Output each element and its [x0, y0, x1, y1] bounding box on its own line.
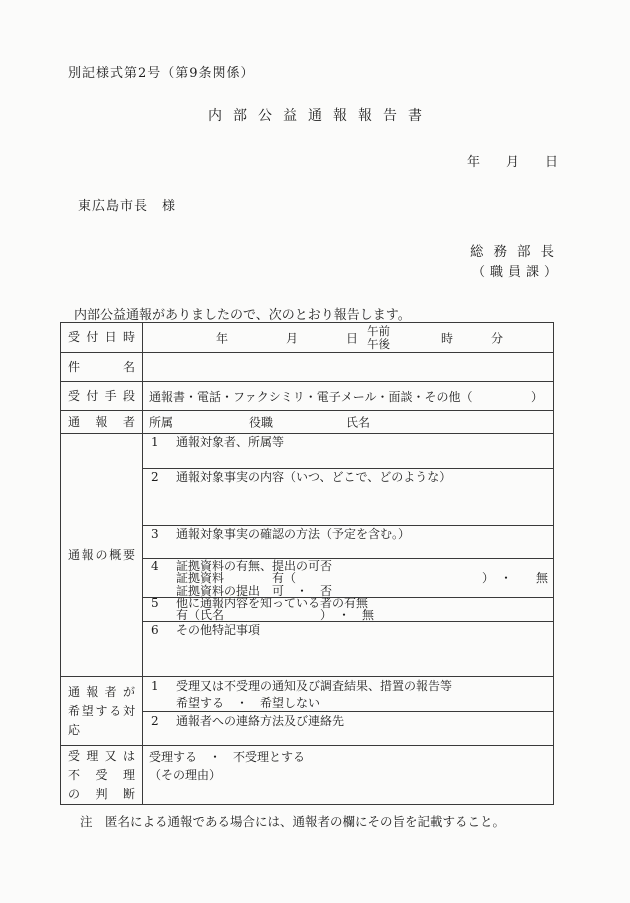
addressee: 東広島市長 様 — [78, 195, 176, 214]
requested-item-1: 1 受理又は不受理の通知及び調査結果、措置の報告等 希望する ・ 希望しない — [143, 677, 553, 712]
requested-items: 1 受理又は不受理の通知及び調査結果、措置の報告等 希望する ・ 希望しない 2… — [143, 677, 553, 745]
pm-label: 午後 — [367, 338, 390, 351]
year-label: 年 — [216, 329, 228, 346]
intro-sentence: 内部公益通報がありましたので、次のとおり報告します。 — [74, 304, 411, 323]
item-number: 5 — [143, 598, 176, 610]
month-label: 月 — [286, 329, 298, 346]
day-label: 日 — [346, 329, 358, 346]
sender-department: （職員課） — [472, 261, 562, 280]
decision-options-line: 受理する ・ 不受理とする — [149, 749, 547, 767]
method-label: 受付手段 — [68, 387, 135, 406]
requested-label: 通報者が 希望する対応 — [68, 683, 135, 740]
item-title: その他特記事項 — [176, 624, 260, 638]
summary-item-1: 1 通報対象者、所属等 — [143, 434, 553, 469]
decision-reason-line: （その理由） — [149, 767, 547, 785]
method-close-paren: ） — [531, 388, 543, 405]
minute-label: 分 — [491, 329, 503, 346]
item-number: 6 — [143, 624, 176, 638]
footer-note: 注 匿名による通報である場合には、通報者の欄にその旨を記載すること。 — [80, 812, 505, 830]
evidence-no: ） ・ 無 — [482, 572, 548, 585]
summary-label: 通報の概要 — [68, 546, 135, 565]
item-number: 2 — [143, 471, 176, 485]
item-title: 通報者への連絡方法及び連絡先 — [176, 713, 344, 730]
report-table: 受付日時 年 月 日 午前 午後 時 分 件名 受 — [60, 322, 554, 805]
reception-label: 受付日時 — [68, 328, 135, 347]
reception-label-cell: 受付日時 — [61, 323, 143, 352]
summary-item-2: 2 通報対象事実の内容（いつ、どこで、どのような） — [143, 469, 553, 526]
reporter-position-label: 役職 — [249, 414, 273, 431]
method-options: 通報書・電話・ファクシミリ・電子メール・面談・その他（ — [149, 388, 473, 405]
reporter-label: 通報者 — [68, 413, 135, 432]
item-number: 2 — [143, 713, 176, 730]
case-name-label-cell: 件名 — [61, 353, 143, 381]
item-number: 4 — [143, 560, 176, 573]
reporter-affiliation-label: 所属 — [149, 414, 173, 431]
document-title: 内部公益通報報告書 — [0, 105, 630, 125]
decision-label: 受理又は 不受理 の判断 — [68, 747, 135, 804]
form-reference: 別記様式第2号（第9条関係） — [68, 62, 255, 81]
summary-item-5: 5 他に通報内容を知っている者の有無 有（氏名 ） ・ 無 — [143, 598, 553, 622]
method-label-cell: 受付手段 — [61, 382, 143, 410]
method-value-cell: 通報書・電話・ファクシミリ・電子メール・面談・その他（ ） — [143, 382, 553, 410]
summary-item-4: 4 証拠資料の有無、提出の可否 証拠資料 有（ ） ・ 無 証拠資料の提出 可 … — [143, 559, 553, 599]
item-title: 通報対象者、所属等 — [176, 436, 284, 450]
summary-label-cell: 通報の概要 — [61, 434, 143, 676]
decision-label-cell: 受理又は 不受理 の判断 — [61, 746, 143, 804]
item-title: 通報対象事実の内容（いつ、どこで、どのような） — [176, 471, 451, 485]
hour-label: 時 — [441, 329, 453, 346]
document-page: 別記様式第2号（第9条関係） 内部公益通報報告書 年 月 日 東広島市長 様 総… — [0, 0, 630, 903]
item-title: 通報対象事実の確認の方法（予定を含む。） — [176, 528, 410, 542]
sender-title: 総務部長 — [470, 240, 564, 260]
case-name-value-cell — [143, 353, 553, 381]
reporter-name-label: 氏名 — [346, 414, 370, 431]
decision-value-cell: 受理する ・ 不受理とする （その理由） — [143, 746, 553, 804]
row-reception-method: 受付手段 通報書・電話・ファクシミリ・電子メール・面談・その他（ ） — [61, 382, 553, 411]
requested-item-2: 2 通報者への連絡方法及び連絡先 — [143, 712, 553, 745]
evidence-submission-line: 証拠資料の提出 可 ・ 否 — [143, 585, 553, 598]
item-number: 1 — [143, 436, 176, 450]
row-reporter: 通報者 所属 役職 氏名 — [61, 411, 553, 434]
reception-value-cell: 年 月 日 午前 午後 時 分 — [143, 323, 553, 352]
summary-item-6: 6 その他特記事項 — [143, 622, 553, 676]
requested-label-cell: 通報者が 希望する対応 — [61, 677, 143, 745]
row-acceptance-decision: 受理又は 不受理 の判断 受理する ・ 不受理とする （その理由） — [61, 746, 553, 804]
row-report-summary: 通報の概要 1 通報対象者、所属等 2 通報対象事実の内容（いつ、どこで、どのよ… — [61, 434, 553, 677]
am-pm-label: 午前 午後 — [367, 325, 390, 351]
item-title: 受理又は不受理の通知及び調査結果、措置の報告等 — [176, 678, 452, 695]
wish-options-line: 希望する ・ 希望しない — [143, 695, 553, 712]
row-reception-datetime: 受付日時 年 月 日 午前 午後 時 分 — [61, 323, 553, 353]
reporter-value-cell: 所属 役職 氏名 — [143, 411, 553, 433]
item-number: 3 — [143, 528, 176, 542]
others-aware-line: 有（氏名 ） ・ 無 — [143, 610, 553, 622]
case-name-label: 件名 — [68, 358, 135, 377]
summary-items: 1 通報対象者、所属等 2 通報対象事実の内容（いつ、どこで、どのような） 3 … — [143, 434, 553, 676]
summary-item-3: 3 通報対象事実の確認の方法（予定を含む。） — [143, 526, 553, 559]
reporter-label-cell: 通報者 — [61, 411, 143, 433]
item-number: 1 — [143, 678, 176, 695]
row-requested-response: 通報者が 希望する対応 1 受理又は不受理の通知及び調査結果、措置の報告等 希望… — [61, 677, 553, 746]
date-line: 年 月 日 — [467, 151, 558, 170]
row-case-name: 件名 — [61, 353, 553, 382]
